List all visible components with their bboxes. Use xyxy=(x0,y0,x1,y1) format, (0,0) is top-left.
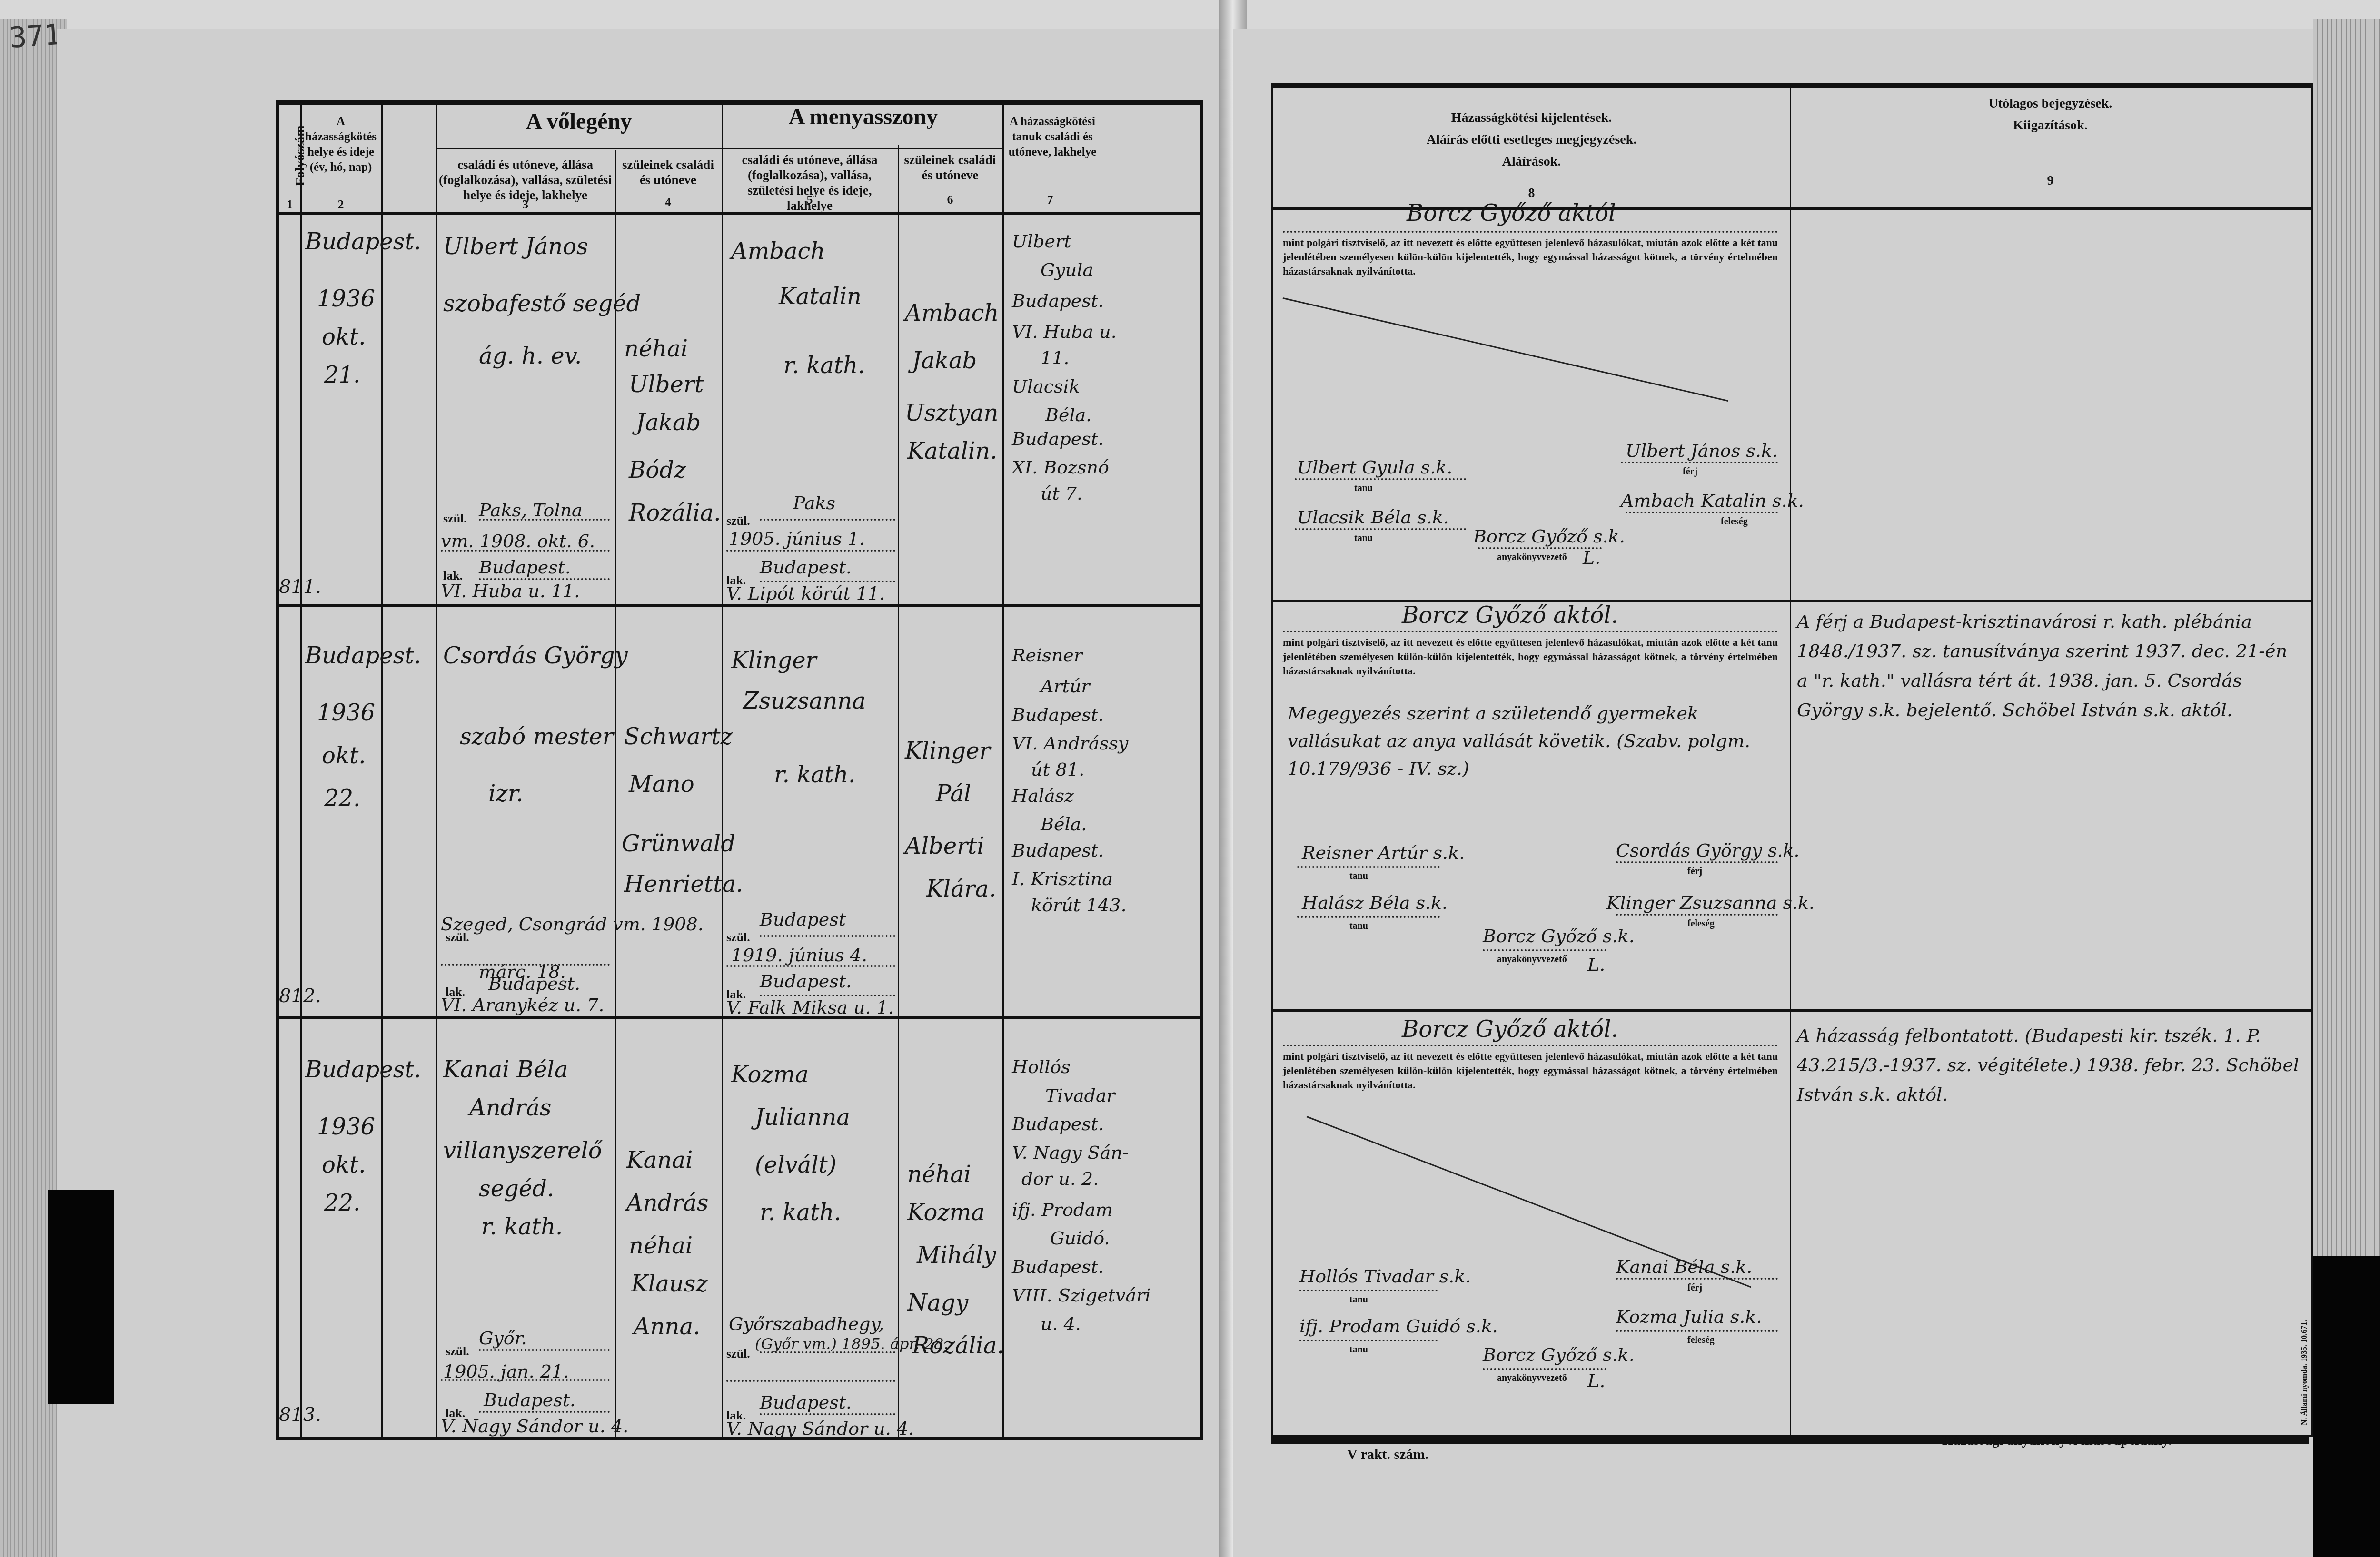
dotted-line xyxy=(726,965,895,967)
groom-name: Kanai Béla xyxy=(443,1056,568,1083)
groom-mother-surname: Bódz xyxy=(629,457,686,483)
dotted-line xyxy=(1616,914,1778,916)
witness1-given: Tivadar xyxy=(1045,1085,1115,1106)
groom-mother-given: Anna. xyxy=(634,1313,700,1340)
bride-father-surname: Klinger xyxy=(905,738,991,764)
header-col8-line3: Aláírások. xyxy=(1273,151,1790,173)
groom-father-given: Jakab xyxy=(636,409,701,436)
wife-signature: Kozma Julia s.k. xyxy=(1616,1306,1762,1327)
witness1-surname: Hollós xyxy=(1012,1056,1071,1077)
register-table-right: Házasságkötési kijelentések. Aláírás elő… xyxy=(1271,83,2313,1437)
header-col2: A házasságkötés helye és ideje (év, hó, … xyxy=(303,114,379,175)
witness2-given: Guidó. xyxy=(1050,1228,1110,1249)
bride-surname: Ambach xyxy=(731,238,825,265)
witness2-house: út 7. xyxy=(1041,483,1082,504)
header-groom: A vőlegény xyxy=(436,114,722,129)
col-divider xyxy=(1790,88,1791,1435)
wife-label: feleség xyxy=(1687,918,1715,929)
husband-signature: Csordás György s.k. xyxy=(1616,840,1800,861)
groom-mother-surname: Grünwald xyxy=(622,830,735,857)
witness2-street: VIII. Szigetvári xyxy=(1012,1285,1150,1306)
witness1-house: út 81. xyxy=(1031,759,1084,780)
column-number: 4 xyxy=(615,195,722,209)
groom-father-surname: Kanai xyxy=(626,1147,693,1173)
groom-father-given: András xyxy=(626,1190,709,1216)
husband-label: férj xyxy=(1687,1282,1702,1293)
groom-religion: izr. xyxy=(488,780,524,807)
witness-label: tanu xyxy=(1354,533,1373,544)
bride-birthplace: Budapest xyxy=(760,909,846,930)
dotted-line xyxy=(1616,861,1778,863)
registrar-label: anyakönyvvezető xyxy=(1497,552,1567,563)
groom-birthplace: Szeged, Csongrád vm. 1908. xyxy=(441,914,704,935)
bride-father-surname: Ambach xyxy=(905,300,999,326)
bride-residence-city: Budapest. xyxy=(760,557,852,578)
born-label: szül. xyxy=(726,514,750,528)
seal-mark: L. xyxy=(1587,1370,1605,1391)
wife-signature: Klinger Zsuzsanna s.k. xyxy=(1606,892,1815,913)
registrar-signature: Borcz Győző s.k. xyxy=(1483,926,1635,946)
declaration-text: mint polgári tisztviselő, az itt nevezet… xyxy=(1283,635,1778,678)
witness2-surname: Ulacsik xyxy=(1012,376,1080,397)
row-rule xyxy=(1273,1009,2311,1012)
witness1-given: Artúr xyxy=(1041,676,1090,697)
header-subrule xyxy=(436,148,1002,149)
dotted-line xyxy=(441,550,610,552)
witness2-street: XI. Bozsnó xyxy=(1012,457,1109,478)
bride-residence-address: V. Lipót körút 11. xyxy=(726,583,885,604)
groom-birthplace: Paks, Tolna xyxy=(479,500,583,521)
column-number: 1 xyxy=(279,197,300,212)
col-divider xyxy=(898,145,899,1437)
marriage-year: 1936 xyxy=(317,700,375,726)
printer-imprint: N. Állami nyomda. 1935. 10.671. xyxy=(2301,1320,2309,1425)
marriage-month: okt. xyxy=(322,742,366,769)
bride-birthplace: Győrszabadhegy, xyxy=(729,1313,884,1334)
dotted-line xyxy=(760,995,895,996)
marriage-year: 1936 xyxy=(317,286,375,312)
bride-mother-given: Klára. xyxy=(926,876,996,902)
groom-residence-city: Budapest. xyxy=(488,973,580,994)
dotted-line xyxy=(1616,1278,1778,1280)
seal-mark: L. xyxy=(1583,547,1600,568)
header-col8: Házasságkötési kijelentések. Aláírás elő… xyxy=(1273,107,1790,204)
marriage-day: 21. xyxy=(324,362,360,388)
bride-mother-surname: Usztyan xyxy=(905,400,998,426)
marriage-month: okt. xyxy=(322,1152,366,1178)
header-col6: szüleinek családi és utóneve xyxy=(900,152,1000,183)
groom-second-name: András xyxy=(469,1094,552,1121)
bride-residence-city: Budapest. xyxy=(760,1392,852,1413)
marriage-year: 1936 xyxy=(317,1114,375,1140)
witness1-surname: Reisner xyxy=(1012,645,1082,666)
born-label: szül. xyxy=(443,512,467,526)
registrar-signature: Borcz Győző s.k. xyxy=(1483,1344,1635,1365)
bride-residence-address: V. Nagy Sándor u. 4. xyxy=(726,1418,914,1439)
declaration-text: mint polgári tisztviselő, az itt nevezet… xyxy=(1283,236,1778,278)
witness1-street: V. Nagy Sán- xyxy=(1012,1142,1129,1163)
bride-birthdate: 1905. június 1. xyxy=(729,528,865,549)
marriage-day: 22. xyxy=(324,785,360,812)
later-entry-813: A házasság felbontatott. (Budapesti kir.… xyxy=(1797,1021,2301,1109)
registrar-label: anyakönyvvezető xyxy=(1497,1373,1567,1384)
dotted-line xyxy=(1483,1368,1606,1370)
officiant-name: Borcz Győző aktól. xyxy=(1402,602,1618,629)
col-divider xyxy=(300,105,302,1437)
dotted-line xyxy=(1299,1340,1438,1341)
groom-religion: r. kath. xyxy=(481,1213,563,1240)
column-number: 3 xyxy=(436,197,615,212)
groom-residence-address: VI. Aranykéz u. 7. xyxy=(441,995,604,1015)
groom-parent-note: néhai xyxy=(624,335,688,362)
husband-signature: Ulbert János s.k. xyxy=(1626,440,1778,461)
groom-occupation-suffix: segéd. xyxy=(479,1175,554,1202)
bride-father-given: Pál xyxy=(936,780,971,807)
register-table-left: Folyószám A házasságkötés helye és ideje… xyxy=(276,100,1203,1440)
groom-mother-given: Henrietta. xyxy=(624,871,743,897)
groom-birthplace: Győr. xyxy=(479,1328,527,1349)
groom-father-surname: Ulbert xyxy=(629,371,704,398)
column-number: 2 xyxy=(300,197,381,212)
witness2-city: Budapest. xyxy=(1012,840,1104,861)
groom-residence-city: Budapest. xyxy=(479,557,571,578)
officiant-name: Borcz Győző aktól. xyxy=(1402,1016,1618,1043)
dotted-line xyxy=(479,1411,610,1413)
dotted-line xyxy=(1297,866,1440,868)
groom-name: Ulbert János xyxy=(443,233,588,260)
entry-number: 813. xyxy=(279,1404,321,1426)
dotted-line xyxy=(1616,1330,1778,1332)
bride-residence-address: V. Falk Miksa u. 1. xyxy=(726,997,894,1018)
bride-father-surname: Kozma xyxy=(907,1199,985,1226)
marriage-place: Budapest. xyxy=(305,1056,421,1083)
bride-religion: r. kath. xyxy=(783,352,865,379)
bride-residence-city: Budapest. xyxy=(760,971,852,992)
inventory-number-label: V rakt. szám. xyxy=(1347,1447,1428,1463)
col-divider xyxy=(722,105,723,1437)
witness-label: tanu xyxy=(1349,871,1368,882)
bride-given-name: Katalin xyxy=(779,283,862,310)
marriage-place: Budapest. xyxy=(305,642,421,669)
witness2-given: Béla. xyxy=(1041,814,1087,835)
bride-birthdate: 1919. június 4. xyxy=(731,945,867,966)
col-divider xyxy=(381,105,383,1437)
witness1-signature: Hollós Tivadar s.k. xyxy=(1299,1266,1471,1287)
groom-religion: ág. h. ev. xyxy=(479,343,582,369)
wife-label: feleség xyxy=(1721,516,1748,527)
groom-father-surname: Schwartz xyxy=(624,723,733,750)
witness2-city: Budapest. xyxy=(1012,428,1104,449)
dotted-line xyxy=(1297,916,1440,918)
row-rule xyxy=(279,604,1200,607)
dotted-line xyxy=(1283,1045,1778,1046)
dotted-line xyxy=(1295,478,1466,480)
witness1-given: Gyula xyxy=(1041,259,1093,280)
strike-line xyxy=(1283,297,1728,402)
dotted-line xyxy=(1283,231,1778,233)
dotted-line xyxy=(479,578,610,580)
col-divider xyxy=(615,150,616,1437)
dotted-line xyxy=(760,1413,895,1415)
witness-label: tanu xyxy=(1354,483,1373,494)
witness1-signature: Reisner Artúr s.k. xyxy=(1302,842,1465,863)
declaration-text: mint polgári tisztviselő, az itt nevezet… xyxy=(1283,1049,1778,1092)
bride-father-given: Mihály xyxy=(917,1242,996,1269)
witness1-city: Budapest. xyxy=(1012,290,1104,311)
husband-label: férj xyxy=(1683,466,1697,477)
witness-label: tanu xyxy=(1349,921,1368,932)
husband-signature: Kanai Béla s.k. xyxy=(1616,1256,1752,1277)
witness2-house: körút 143. xyxy=(1031,895,1127,916)
witness1-surname: Ulbert xyxy=(1012,231,1071,252)
header-bride: A menyasszony xyxy=(724,109,1002,125)
entry-number: 812. xyxy=(279,985,321,1007)
groom-occupation: szobafestő segéd xyxy=(443,290,641,317)
witness2-street: I. Krisztina xyxy=(1012,868,1113,889)
register-copy-label: Házassági anyakönyvi másodpéldány. xyxy=(1942,1432,2172,1449)
registrar-label: anyakönyvvezető xyxy=(1497,954,1567,965)
marriage-day: 22. xyxy=(324,1190,360,1216)
column-number: 6 xyxy=(898,193,1002,207)
groom-residence-address: V. Nagy Sándor u. 4. xyxy=(441,1416,628,1437)
dotted-line xyxy=(760,935,895,937)
dotted-line xyxy=(1626,512,1778,513)
scanner-mask-right xyxy=(2313,1256,2380,1557)
witness1-city: Budapest. xyxy=(1012,1114,1104,1134)
officiant-name: Borcz Győző aktól xyxy=(1407,200,1616,227)
bride-status: (elvált) xyxy=(755,1152,837,1178)
dotted-line xyxy=(1483,949,1606,951)
witness2-city: Budapest. xyxy=(1012,1256,1104,1277)
dotted-line xyxy=(1295,528,1466,530)
header-col9-line1: Utólagos bejegyzések. xyxy=(1792,93,2309,115)
header-col8-line1: Házasságkötési kijelentések. xyxy=(1273,107,1790,129)
seal-mark: L. xyxy=(1587,954,1605,975)
column-number: 7 xyxy=(1002,193,1098,207)
col-divider xyxy=(1002,105,1004,1437)
header-col4: szüleinek családi és utóneve xyxy=(617,157,719,187)
bride-mother-surname: Nagy xyxy=(907,1290,968,1316)
groom-mother-given: Rozália. xyxy=(629,500,721,526)
born-label: szül. xyxy=(726,1347,750,1361)
witness-label: tanu xyxy=(1349,1294,1368,1305)
witness2-signature: ifj. Prodam Guidó s.k. xyxy=(1299,1316,1498,1337)
groom-residence-city: Budapest. xyxy=(484,1389,575,1410)
bride-religion: r. kath. xyxy=(774,761,855,788)
bride-father-note: néhai xyxy=(907,1161,971,1188)
bride-surname: Kozma xyxy=(731,1061,809,1088)
marriage-month: okt. xyxy=(322,324,366,350)
bride-mother-given: Katalin. xyxy=(907,438,997,464)
dotted-line xyxy=(1621,462,1778,463)
groom-occupation: villanyszerelő xyxy=(443,1137,602,1164)
groom-occupation: szabó mester xyxy=(460,723,614,750)
bride-mother-given: Rozália. xyxy=(912,1332,1004,1359)
scanner-mask-left xyxy=(48,1190,114,1404)
born-label: szül. xyxy=(726,930,750,945)
bride-surname: Klinger xyxy=(731,647,817,674)
groom-residence-address: VI. Huba u. 11. xyxy=(441,581,580,601)
bride-father-given: Jakab xyxy=(912,347,977,374)
witness2-given: Béla. xyxy=(1045,404,1091,425)
dotted-line xyxy=(726,550,895,552)
entry-number: 811. xyxy=(279,576,321,598)
husband-label: férj xyxy=(1687,866,1702,877)
groom-mother-surname: Klausz xyxy=(631,1271,708,1297)
bride-birthplace: Paks xyxy=(793,493,835,513)
witness1-house: 11. xyxy=(1041,347,1069,368)
witness-label: tanu xyxy=(1349,1344,1368,1355)
marriage-place: Budapest. xyxy=(305,228,421,255)
header-col3: családi és utóneve, állása (foglalkozása… xyxy=(438,157,612,203)
witness2-signature: Ulacsik Béla s.k. xyxy=(1297,507,1449,528)
groom-father-given: Mano xyxy=(629,771,694,798)
dotted-line xyxy=(760,1351,895,1353)
col-divider xyxy=(436,105,437,1437)
witness2-signature: Halász Béla s.k. xyxy=(1302,892,1448,913)
witness1-street: VI. Huba u. xyxy=(1012,321,1117,342)
bride-given-name: Julianna xyxy=(755,1104,850,1131)
witness2-surname: Halász xyxy=(1012,785,1074,806)
witness2-surname: ifj. Prodam xyxy=(1012,1199,1113,1220)
witness1-city: Budapest. xyxy=(1012,704,1104,725)
groom-name: Csordás György xyxy=(443,642,628,669)
groom-mother-note: néhai xyxy=(629,1232,693,1259)
bride-given-name: Zsuzsanna xyxy=(743,688,866,714)
header-col8-line2: Aláírás előtti esetleges megjegyzések. xyxy=(1273,129,1790,151)
witness1-house: dor u. 2. xyxy=(1021,1168,1099,1189)
column-number: 9 xyxy=(1792,170,2309,192)
born-label: szül. xyxy=(446,1344,469,1359)
column-number: 5 xyxy=(722,193,898,207)
dotted-line xyxy=(726,1380,895,1382)
header-col7: A házasságkötési tanuk családi és utónev… xyxy=(1005,114,1100,160)
later-entry-812: A férj a Budapest-krisztinavárosi r. kat… xyxy=(1797,607,2301,725)
dotted-line xyxy=(1299,1290,1438,1291)
witness1-signature: Ulbert Gyula s.k. xyxy=(1297,457,1452,478)
bride-religion: r. kath. xyxy=(760,1199,841,1226)
witness2-house: u. 4. xyxy=(1041,1313,1081,1334)
dotted-line xyxy=(760,581,895,582)
header-col9: Utólagos bejegyzések. Kiigazítások. 9 xyxy=(1792,93,2309,192)
dotted-line xyxy=(760,519,895,521)
dotted-line xyxy=(441,1379,610,1381)
pre-signature-note: Megegyezés szerint a születendő gyermeke… xyxy=(1288,700,1778,782)
bride-mother-surname: Alberti xyxy=(905,833,984,859)
groom-birthdate: vm. 1908. okt. 6. xyxy=(441,531,595,552)
dotted-line xyxy=(1283,631,1778,632)
header-col9-line2: Kiigazítások. xyxy=(1792,115,2309,137)
dotted-line xyxy=(479,1349,610,1351)
wife-signature: Ambach Katalin s.k. xyxy=(1621,490,1804,511)
wife-label: feleség xyxy=(1687,1335,1715,1346)
registrar-signature: Borcz Győző s.k. xyxy=(1473,526,1625,547)
witness1-street: VI. Andrássy xyxy=(1012,733,1128,754)
